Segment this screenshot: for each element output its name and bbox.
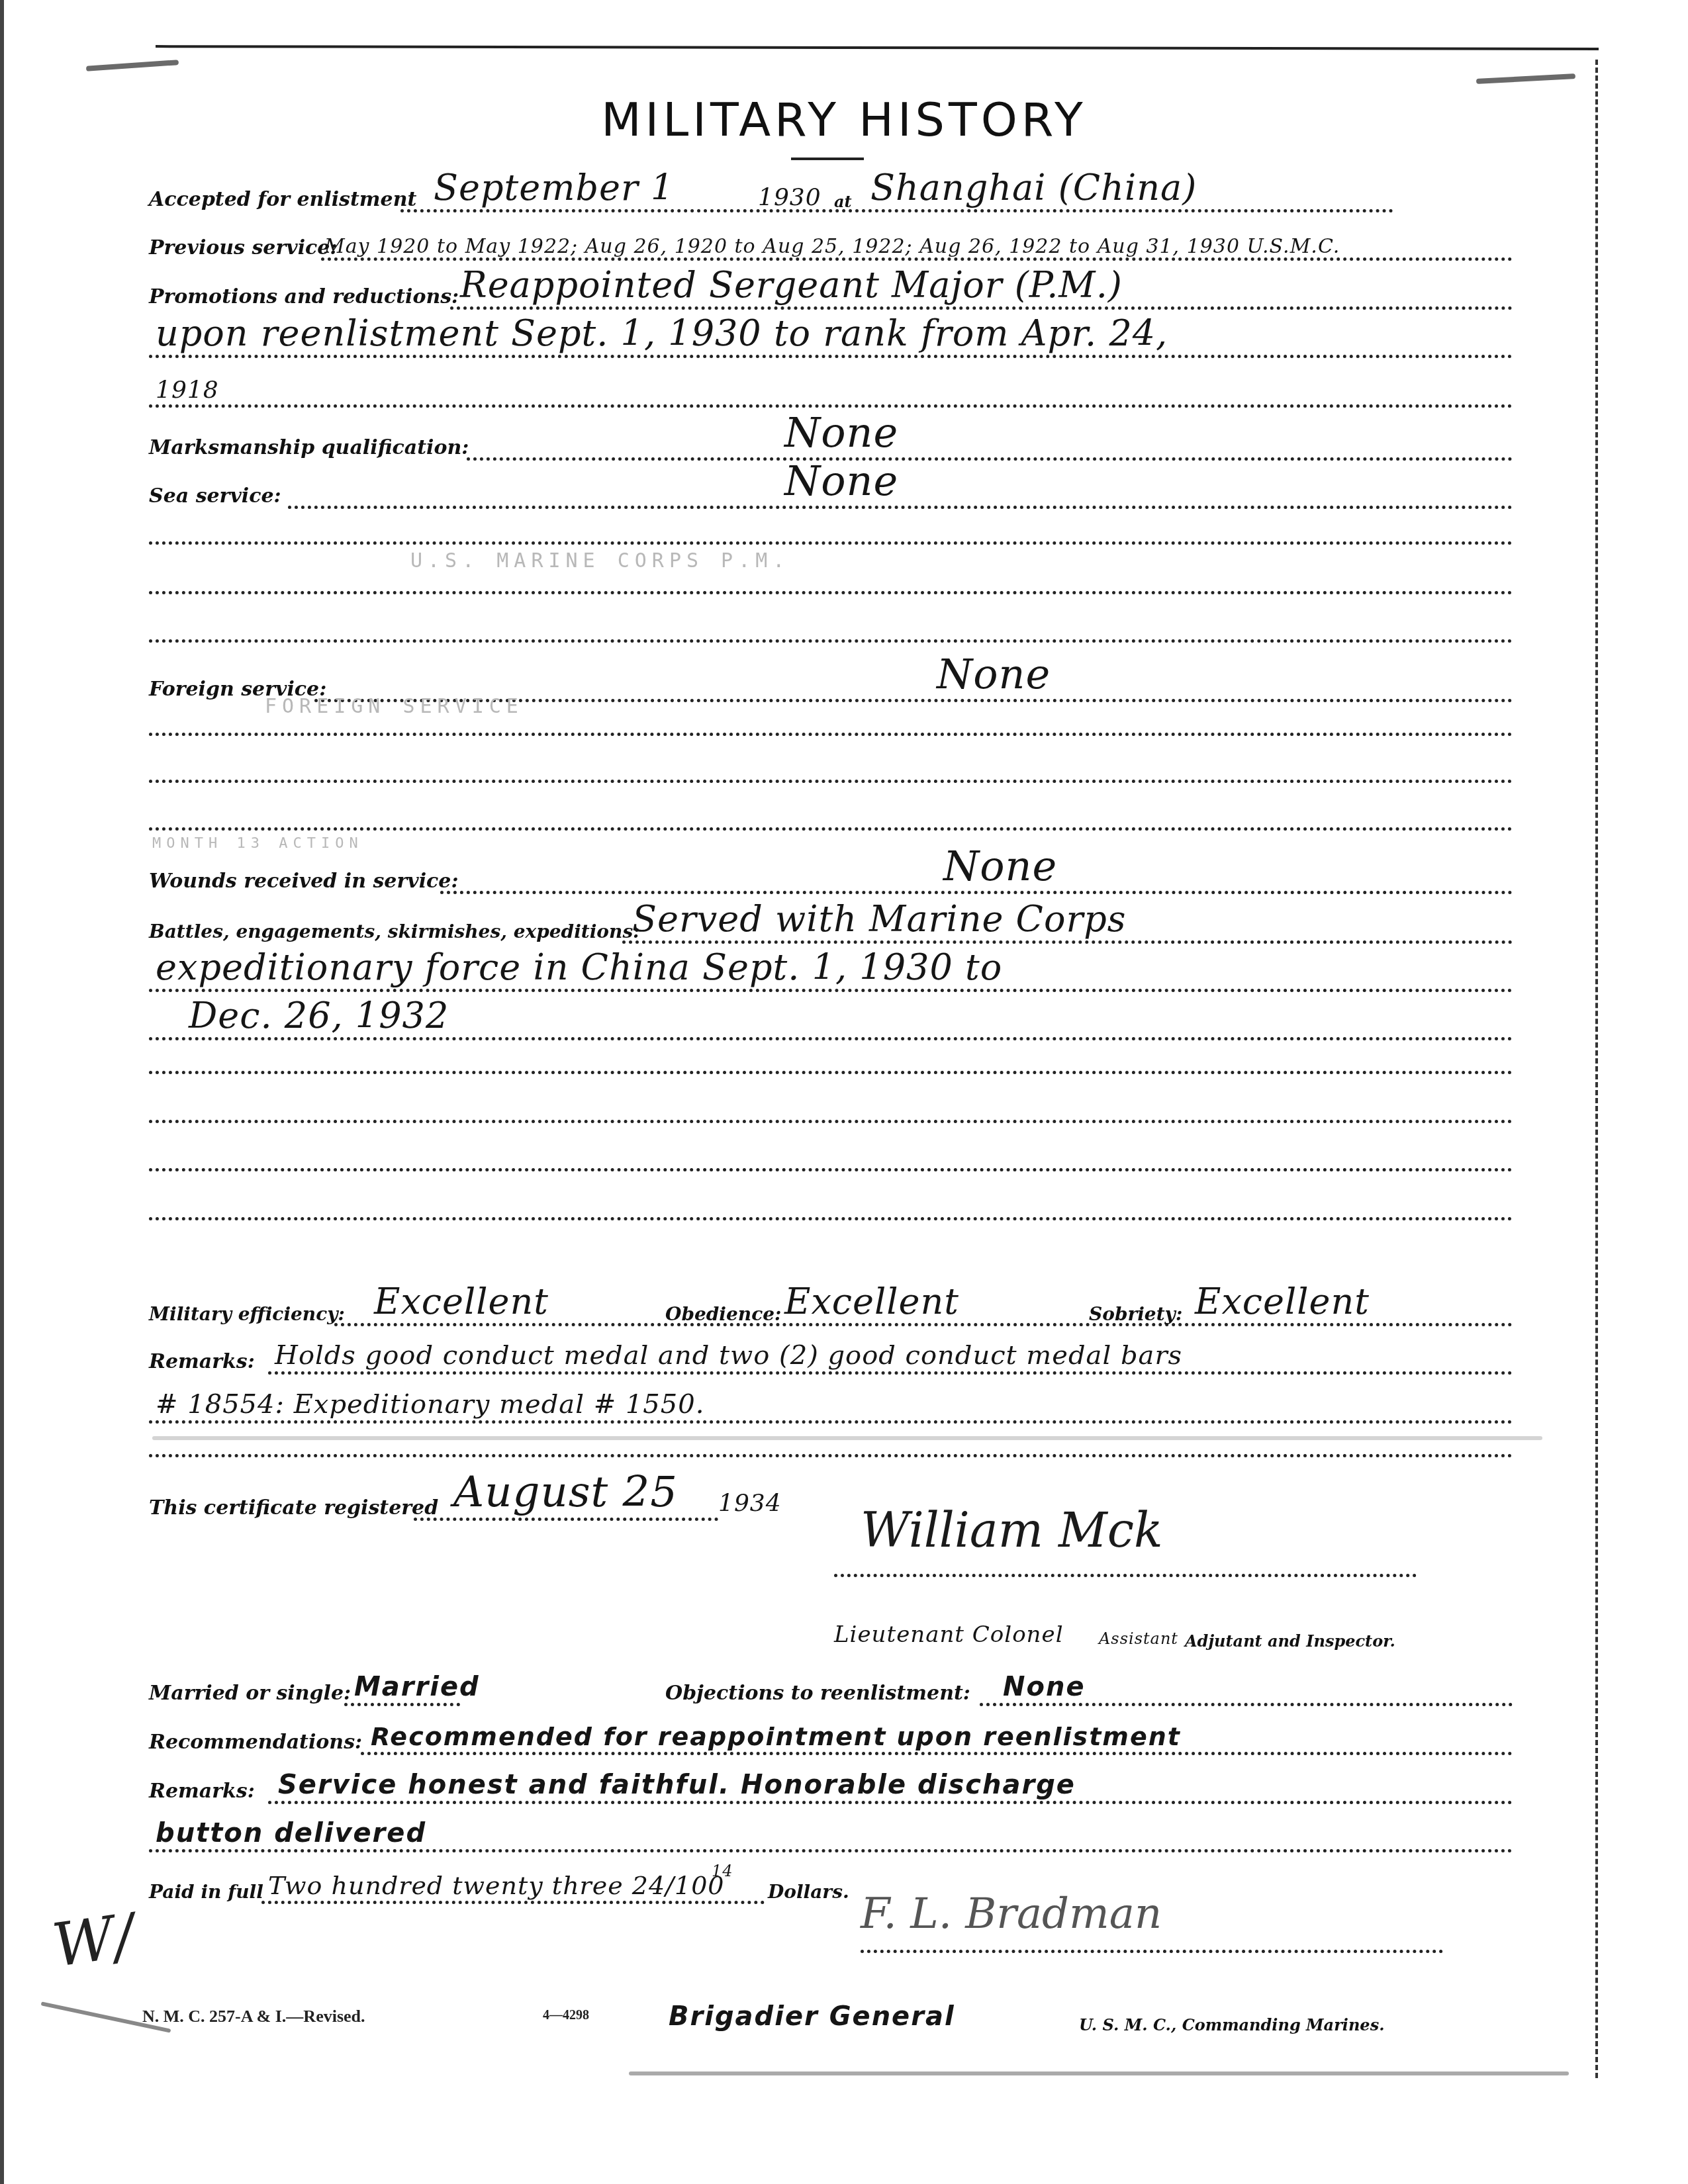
staple-left [86, 60, 179, 71]
form-number: N. M. C. 257-A & I.—Revised. [142, 2007, 365, 2026]
field-battles-cont2: Dec. 26, 1932 [149, 997, 1513, 1043]
fill-line [414, 1518, 718, 1521]
field-marital-status: Married or single: Married Objections to… [149, 1662, 1513, 1709]
value-certificate-date: August 25 [453, 1468, 678, 1517]
value-battles-line1: Served with Marine Corps [632, 898, 1127, 940]
label-remarks-2: Remarks: [149, 1780, 255, 1803]
value-sea-service: None [784, 457, 898, 505]
document-title: MILITARY HISTORY [0, 93, 1688, 147]
value-military-efficiency: Excellent [374, 1281, 549, 1322]
fill-line [361, 1752, 1513, 1755]
fill-line [149, 1420, 1513, 1424]
value-paid-superscript: 14 [712, 1862, 733, 1880]
value-remarks-1-line1: Holds good conduct medal and two (2) goo… [275, 1340, 1182, 1371]
field-wounds: Wounds received in service: None [149, 850, 1513, 897]
label-commanding-marines: U. S. M. C., Commanding Marines. [1079, 2015, 1385, 2034]
blank-line [149, 827, 1513, 831]
value-recommendations: Recommended for reappointment upon reenl… [371, 1722, 1181, 1751]
value-signatory-2-rank: Brigadier General [669, 2001, 955, 2032]
value-remarks-2-line2: button delivered [156, 1818, 426, 1848]
value-remarks-2-line1: Service honest and faithful. Honorable d… [278, 1770, 1076, 1800]
scan-smudge [152, 1436, 1542, 1440]
label-accepted-for-enlistment: Accepted for enlistment [149, 188, 416, 211]
blank-line [149, 591, 1513, 594]
value-promotions-line2: upon reenlistment Sept. 1, 1930 to rank … [156, 312, 1168, 354]
fill-line [622, 940, 1513, 944]
label-certificate-registered: This certificate registered [149, 1496, 438, 1520]
label-wounds: Wounds received in service: [149, 870, 458, 893]
scan-edge [0, 0, 4, 2184]
signature-commanding: F. L. Bradman [861, 1889, 1162, 1938]
label-paid-in-full: Paid in full [149, 1881, 263, 1903]
title-underline [791, 158, 864, 160]
label-dollars: Dollars. [768, 1881, 849, 1903]
faint-stamp: U.S. MARINE CORPS P.M. [410, 549, 790, 572]
page-top-edge [156, 45, 1599, 50]
label-sea-service: Sea service: [149, 484, 281, 508]
value-promotions-line1: Reappointed Sergeant Major (P.M.) [460, 264, 1123, 306]
field-sea-service: Sea service: None [149, 465, 1513, 512]
fill-line [450, 306, 1513, 310]
value-battles-line3: Dec. 26, 1932 [189, 995, 449, 1036]
label-promotions: Promotions and reductions: [149, 285, 459, 308]
value-foreign-service: None [937, 650, 1051, 698]
label-sobriety: Sobriety: [1089, 1303, 1182, 1325]
margin-mark: W/ [48, 1901, 138, 1981]
fill-line [268, 1371, 1513, 1375]
fill-line [149, 404, 1513, 408]
label-recommendations: Recommendations: [149, 1731, 362, 1754]
field-promotions: Promotions and reductions: Reappointed S… [149, 266, 1513, 312]
blank-line [149, 541, 1513, 545]
field-battles: Battles, engagements, skirmishes, expedi… [149, 900, 1513, 946]
print-code: 4—4298 [543, 2008, 589, 2023]
signature-adjutant: William Mck [861, 1502, 1163, 1558]
blank-line [149, 1217, 1513, 1220]
label-obedience: Obedience: [665, 1303, 781, 1325]
field-accepted-for-enlistment: Accepted for enlistment September 1 1930… [149, 169, 1513, 215]
label-married-or-single: Married or single: [149, 1682, 351, 1705]
faint-stamp: MONTH 13 ACTION [152, 835, 363, 852]
label-objections: Objections to reenlistment: [665, 1682, 970, 1705]
field-previous-service: Previous service: May 1920 to May 1922; … [149, 217, 1513, 263]
signatory-2-title: Brigadier General U. S. M. C., Commandin… [669, 1992, 1529, 2038]
signature-line [834, 1574, 1417, 1577]
value-sobriety: Excellent [1195, 1281, 1370, 1322]
page-right-edge [1595, 60, 1598, 2078]
signature-line [861, 1950, 1443, 1953]
value-obedience: Excellent [784, 1281, 959, 1322]
fill-line [149, 1849, 1513, 1852]
field-promotions-cont2: 1918 [149, 364, 1513, 410]
value-enlistment-place: Shanghai (China) [870, 167, 1197, 208]
field-remarks-1: Remarks: Holds good conduct medal and tw… [149, 1331, 1513, 1377]
value-married-or-single: Married [354, 1672, 480, 1702]
field-recommendations: Recommendations: Recommended for reappoi… [149, 1711, 1513, 1758]
fill-line [400, 209, 1393, 212]
value-marksmanship: None [784, 408, 898, 457]
fill-line [440, 891, 1513, 894]
fill-line [288, 506, 1513, 509]
value-objections: None [1003, 1672, 1086, 1702]
field-paid-in-full: Paid in full Two hundred twenty three 24… [149, 1860, 1513, 1907]
blank-line [149, 780, 1513, 783]
label-previous-service: Previous service: [149, 236, 337, 259]
value-signatory-1-role-hw: Assistant [1099, 1629, 1178, 1648]
blank-line [149, 639, 1513, 643]
value-signatory-1-rank: Lieutenant Colonel [834, 1621, 1064, 1648]
field-conduct-ratings: Military efficiency: Excellent Obedience… [149, 1283, 1513, 1329]
field-certificate-registered: This certificate registered August 25 19… [149, 1477, 1513, 1524]
label-military-efficiency: Military efficiency: [149, 1303, 345, 1325]
value-paid-in-full: Two hundred twenty three 24/100 [268, 1871, 725, 1900]
scan-smudge [629, 2071, 1569, 2075]
faint-stamp: FOREIGN SERVICE [265, 695, 524, 718]
label-remarks-1: Remarks: [149, 1350, 255, 1373]
fill-line [268, 1801, 1513, 1804]
value-wounds: None [943, 842, 1057, 890]
fill-line [149, 989, 1513, 992]
field-remarks-2: Remarks: Service honest and faithful. Ho… [149, 1760, 1513, 1807]
fill-line [261, 1901, 765, 1904]
blank-line [149, 733, 1513, 736]
fill-line [149, 355, 1513, 358]
fill-line [467, 457, 1513, 461]
blank-line [149, 1168, 1513, 1171]
value-enlistment-date: September 1 [434, 167, 674, 208]
value-enlistment-year: 1930 [758, 184, 821, 211]
value-certificate-year: 1934 [718, 1490, 782, 1517]
staple-right [1476, 73, 1575, 84]
blank-line [149, 1120, 1513, 1123]
field-promotions-cont: upon reenlistment Sept. 1, 1930 to rank … [149, 314, 1513, 361]
signatory-1-title: Lieutenant Colonel Assistant Adjutant an… [834, 1608, 1562, 1655]
fill-line [334, 1323, 1513, 1326]
value-remarks-1-line2: # 18554: Expeditionary medal # 1550. [156, 1389, 704, 1420]
field-remarks-2-cont: button delivered [149, 1809, 1513, 1855]
fill-line [980, 1703, 1513, 1706]
blank-line [149, 1071, 1513, 1074]
value-promotions-line3: 1918 [156, 377, 219, 404]
label-marksmanship: Marksmanship qualification: [149, 436, 469, 459]
value-previous-service: May 1920 to May 1922; Aug 26, 1920 to Au… [324, 235, 1340, 258]
label-battles: Battles, engagements, skirmishes, expedi… [149, 921, 640, 942]
field-battles-cont: expeditionary force in China Sept. 1, 19… [149, 948, 1513, 995]
fill-line [344, 1703, 460, 1706]
blank-line [149, 1454, 1513, 1457]
label-adjutant-inspector: Adjutant and Inspector. [1185, 1631, 1395, 1651]
label-at: at [834, 192, 852, 211]
value-battles-line2: expeditionary force in China Sept. 1, 19… [156, 946, 1002, 988]
fill-line [149, 1037, 1513, 1040]
field-remarks-1-cont: # 18554: Expeditionary medal # 1550. [149, 1380, 1513, 1426]
